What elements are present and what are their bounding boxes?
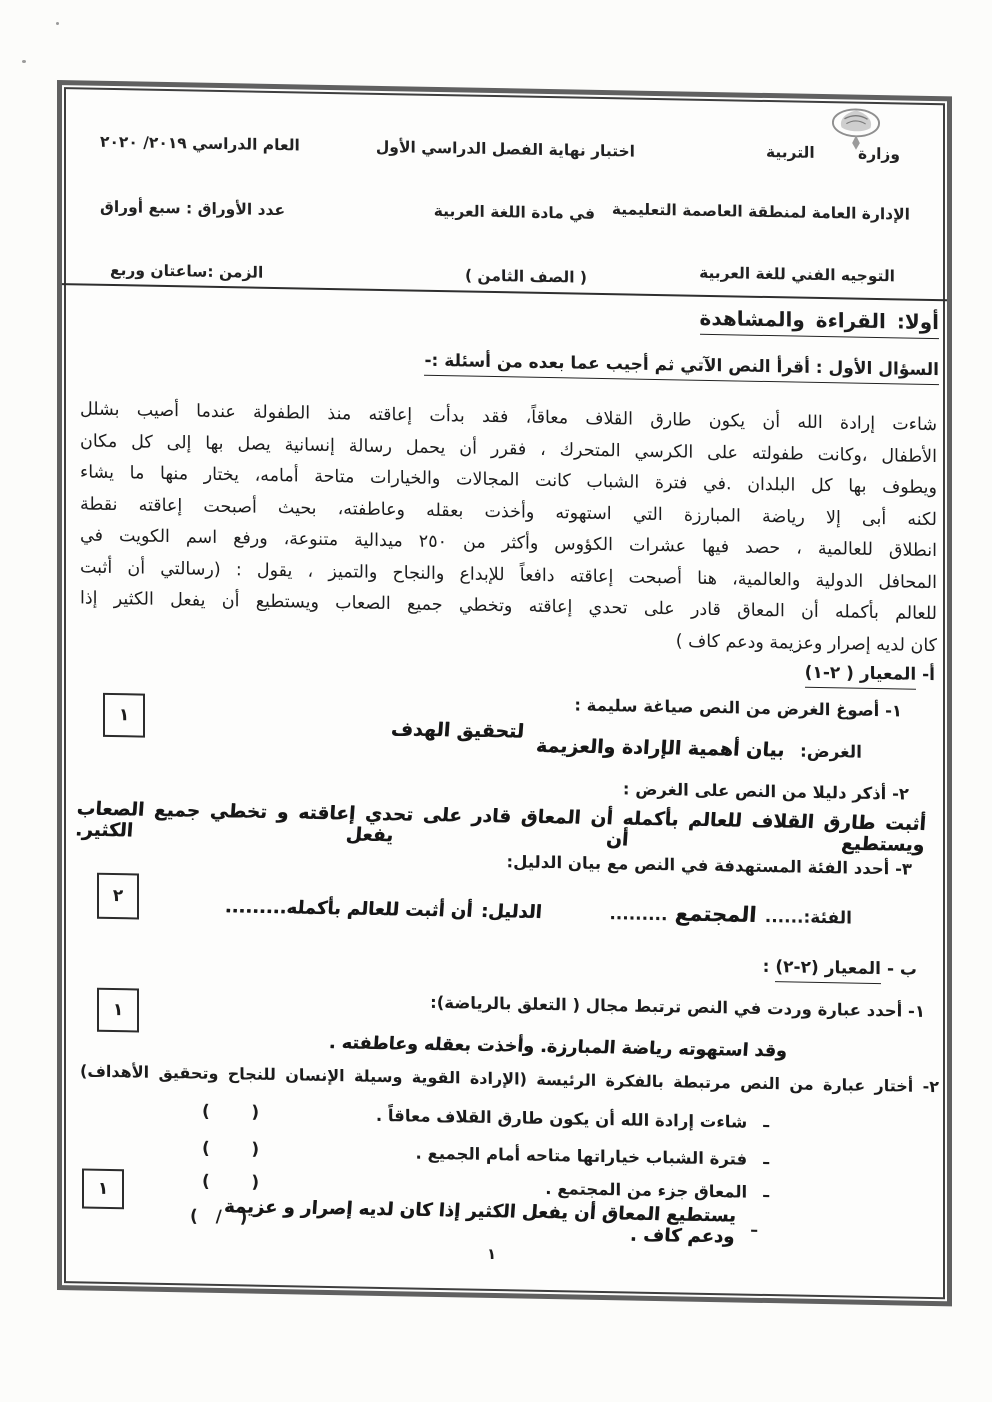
section-one-title: أولا: القراءة والمشاهدة: [700, 306, 939, 334]
scan-speck: [56, 22, 59, 25]
header-duration: الزمن :ساعتان وربع: [110, 261, 263, 282]
criterion-b-q2: ٢- أختار عبارة من النص مرتبطة بالفكرة ال…: [80, 1061, 939, 1096]
criterion-b-q1-answer-line: وقد استهوته رياضة المبارزة. وأخذت بعقله …: [329, 1033, 787, 1061]
purpose-label: الغرض:: [800, 742, 862, 763]
category-label: الفئة:......: [765, 907, 852, 929]
option-row: ـ يستطيع المعاق أن يفعل الكثير إذا كان ل…: [190, 1199, 757, 1243]
score-value: ١: [119, 705, 129, 725]
fill-gap: [549, 918, 601, 919]
document-frame: وزارة التربية الإدارة العامة لمنطقة العا…: [57, 80, 952, 1306]
header-ministry: وزارة التربية: [766, 143, 900, 163]
criterion-a-q1: ١- أصوغ الغرض من النص صياغة سليمة :: [574, 695, 902, 720]
criterion-a-heading: أ- المعيار ( ٢-١): [805, 663, 935, 685]
criterion-a-title: المعيار ( ٢-١): [805, 663, 917, 690]
scan-speck: [22, 60, 26, 63]
answer-parentheses: ( ): [202, 1102, 261, 1123]
section-one-title-text: أولا: القراءة والمشاهدة: [700, 306, 939, 339]
question-one-instruction: السؤال الأول : أقرأ النص الآتي ثم أجيب ع…: [424, 351, 939, 380]
answer-parentheses-checked: ( / ): [190, 1206, 249, 1227]
option-bullet: ـ: [763, 1149, 769, 1169]
score-value: ٢: [113, 886, 123, 906]
score-box: ١: [82, 1168, 124, 1209]
criterion-a-q3: ٣- أحدد الفئة المستهدفة في النص مع بيان …: [507, 852, 913, 878]
scanned-exam-page: وزارة التربية الإدارة العامة لمنطقة العا…: [0, 0, 992, 1402]
header-subject: في مادة اللغة العربية: [434, 202, 595, 223]
evidence-fill-handwritten: أن أثبت للعالم بأكمله.........: [224, 896, 473, 922]
criterion-a-q2: ٢- أذكر دليلا من النص على الغرض :: [623, 779, 909, 803]
criterion-a-q3-answer-line: الفئة:...... المجتمع ......... الدليل: أ…: [225, 893, 852, 928]
score-box: ١: [97, 988, 139, 1033]
criterion-b-prefix: ب -: [887, 959, 917, 980]
option-bullet: ـ: [763, 1112, 769, 1132]
exam-header: وزارة التربية الإدارة العامة لمنطقة العا…: [62, 85, 947, 101]
option-text: شاءت إرادة الله أن يكون طارق القلاف معاق…: [376, 1105, 747, 1131]
evidence-label-handwritten: الدليل:: [480, 901, 542, 923]
option-bullet: ـ: [751, 1217, 757, 1237]
answer-parentheses: ( ): [202, 1139, 261, 1160]
criterion-b-suffix: :: [763, 957, 770, 977]
criterion-a-prefix: أ-: [922, 665, 935, 685]
header-divider: [62, 283, 947, 301]
category-dots: .........: [609, 904, 667, 925]
evidence-answer-handwritten: أثبت طارق القلاف للعالم بأكمله أن المعاق…: [75, 798, 927, 856]
answer-parentheses: ( ): [202, 1172, 261, 1193]
header-supervision: التوجيه الفني للغة العربية: [699, 264, 895, 286]
page-number: ١: [487, 1245, 496, 1263]
criterion-a-q1-answer-line: الغرض: بيان أهمية الإرادة والعزيمة لتحقي…: [391, 732, 862, 763]
sport-expression-handwritten: وقد استهوته رياضة المبارزة. وأخذت بعقله …: [328, 1033, 787, 1061]
document-content: وزارة التربية الإدارة العامة لمنطقة العا…: [62, 85, 947, 1301]
option-text: فترة الشباب خياراتها متاحه أمام الجميع .: [415, 1143, 747, 1168]
header-directorate: الإدارة العامة لمنطقة العاصمة التعليمية: [612, 200, 910, 223]
criterion-b-heading: ب - المعيار (٢-٢) :: [763, 957, 917, 980]
score-value: ١: [98, 1179, 108, 1199]
purpose-answer-handwritten: بيان أهمية الإرادة والعزيمة: [535, 735, 785, 762]
criterion-b-title: المعيار (٢-٢): [775, 957, 881, 984]
purpose-answer-tail-handwritten: لتحقيق الهدف: [390, 718, 525, 742]
header-exam-title: اختبار نهاية الفصل الدراسي الأول: [376, 138, 635, 161]
option-bullet: ـ: [763, 1182, 769, 1202]
score-value: ١: [113, 1000, 123, 1020]
criterion-b-q1: ١- أحدد عبارة وردت في النص ترتبط مجال ( …: [430, 993, 925, 1021]
score-box: ١: [103, 693, 145, 738]
header-grade: ( الصف الثامن ): [465, 266, 587, 286]
category-answer-handwritten: المجتمع: [675, 901, 758, 926]
option-text-handwritten: يستطيع المعاق أن يفعل الكثير إذا كان لدي…: [189, 1195, 737, 1247]
question-one-instruction-text: السؤال الأول : أقرأ النص الآتي ثم أجيب ع…: [424, 351, 939, 385]
score-box: ٢: [97, 873, 139, 920]
reading-passage: شاءت إرادة الله أن يكون طارق القلاف معاق…: [80, 394, 937, 662]
header-pages-count: عدد الأوراق : سبع أوراق: [100, 198, 285, 219]
criterion-a-q2-answer-line: أثبت طارق القلاف للعالم بأكمله أن المعاق…: [76, 798, 925, 856]
header-school-year: العام الدراسي ٢٠١٩/ ٢٠٢٠: [100, 133, 300, 155]
option-text: المعاق جزء من المجتمع .: [545, 1178, 747, 1201]
